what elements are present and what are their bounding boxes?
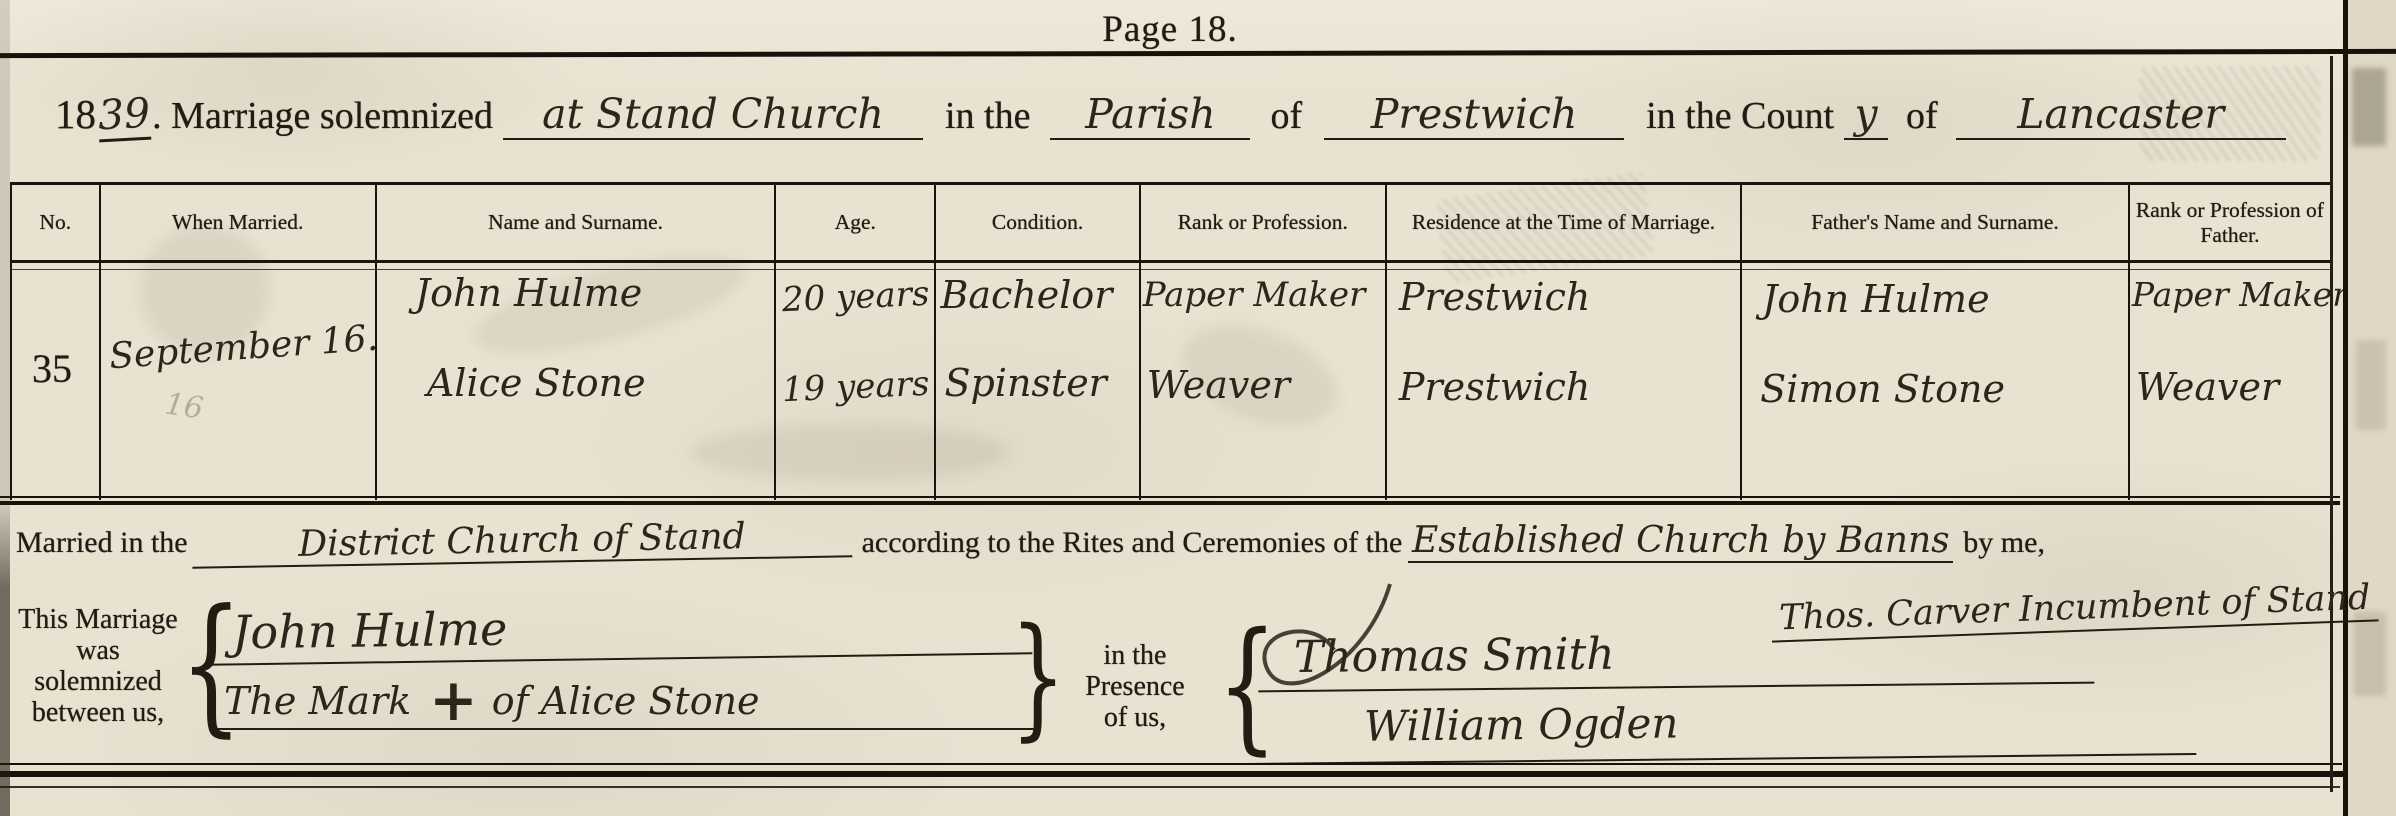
bride-father-entry: Simon Stone (1760, 367, 2005, 411)
bride-age-entry: 19 years (781, 364, 930, 410)
year-handwritten: 39 (97, 89, 152, 143)
cell-when-married: September 16. 16 (101, 263, 377, 500)
bride-signature-mark: The Mark+of Alice Stone (216, 666, 1036, 730)
parish-entry: Parish (1050, 90, 1250, 140)
church-name-entry: at Stand Church (503, 90, 923, 140)
column-header-condition: Condition. (936, 185, 1140, 263)
header-underline (10, 269, 2332, 270)
county-name-entry: Lancaster (1956, 90, 2286, 140)
of-text: of (1270, 94, 1302, 138)
entry-number: 35 (32, 345, 72, 392)
ceremony-statement: Married in the District Church of Stand … (16, 520, 2186, 563)
by-me-text: by me, (1963, 526, 2045, 560)
page-number: Page 18. (0, 8, 2340, 51)
cell-condition: Bachelor Spinster (936, 263, 1140, 500)
mark-cross: + (411, 666, 492, 734)
of-text: of (1906, 94, 1938, 138)
according-text: according to the Rites and Ceremonies of… (862, 526, 1403, 560)
groom-age-entry: 20 years (781, 274, 930, 320)
cell-father-name: John Hulme Simon Stone (1742, 263, 2130, 500)
bride-name-entry: Alice Stone (427, 361, 646, 405)
bride-condition-entry: Spinster (944, 361, 1106, 405)
church-entry: District Church of Stand (191, 514, 852, 569)
groom-name-entry: John Hulme (415, 271, 642, 315)
witness-signature-2: William Ogden (1248, 693, 2197, 765)
married-in-the-text: Married in the (16, 526, 188, 560)
cell-name: John Hulme Alice Stone (377, 263, 776, 500)
table-bottom-rule-thick (0, 501, 2340, 505)
register-heading: 18 39 . Marriage solemnized at Stand Chu… (55, 90, 2326, 141)
column-header-father-rank: Rank or Profession of Father. (2130, 185, 2332, 263)
groom-signature: John Hulme (206, 594, 1033, 666)
page-left-edge (0, 0, 10, 816)
groom-condition-entry: Bachelor (940, 273, 1112, 317)
in-the-county-text: in the Count (1646, 94, 1834, 138)
county-y-entry: y (1844, 90, 1888, 140)
bottom-rule-thick (0, 771, 2346, 777)
column-header-father-name: Father's Name and Surname. (1742, 185, 2130, 263)
register-table: No. When Married. Name and Surname. Age.… (10, 182, 2332, 500)
groom-father-profession-entry: Paper Maker (2132, 275, 2348, 314)
page-right-border-inner (2330, 56, 2333, 792)
cell-father-rank: Paper Maker Weaver (2130, 263, 2332, 500)
year-printed-prefix: 18 (55, 90, 96, 138)
table-bottom-rule-thin (0, 496, 2340, 498)
column-header-rank: Rank or Profession. (1141, 185, 1387, 263)
in-the-text: in the (945, 94, 1030, 138)
parish-name-entry: Prestwich (1324, 90, 1624, 140)
bride-profession-entry: Weaver (1147, 363, 1290, 407)
cell-no: 35 (10, 263, 101, 500)
marriage-register-page: Page 18. 18 39 . Marriage solemnized at … (0, 0, 2396, 816)
solemnized-text: . Marriage solemnized (152, 94, 493, 138)
groom-profession-entry: Paper Maker (1143, 275, 1366, 315)
column-header-age: Age. (776, 185, 936, 263)
rites-entry: Established Church by Banns (1408, 520, 1953, 563)
marriage-solemnized-label: This Marriage was solemnized between us, (10, 604, 186, 728)
bottom-rule-thin (0, 786, 2340, 788)
when-married-entry: September 16. (107, 318, 378, 378)
groom-father-entry: John Hulme (1762, 277, 1989, 321)
pencil-note: 16 (162, 387, 205, 427)
presence-label: in the Presence of us, (1064, 640, 1206, 733)
adjacent-page-sliver (2348, 0, 2396, 816)
column-header-name: Name and Surname. (377, 185, 776, 263)
bride-father-profession-entry: Weaver (2136, 365, 2279, 409)
cell-residence: Prestwich Prestwich (1387, 263, 1742, 500)
brace-close: } (1010, 611, 1066, 743)
column-header-no: No. (10, 185, 101, 263)
groom-residence-entry: Prestwich (1399, 275, 1590, 319)
officiant-signature: Thos. Carver Incumbent of Stand (1770, 577, 2378, 638)
cell-age: 20 years 19 years (776, 263, 936, 500)
bride-residence-entry: Prestwich (1399, 365, 1590, 409)
column-header-when-married: When Married. (101, 185, 377, 263)
page-right-border-outer (2343, 0, 2348, 816)
column-header-residence: Residence at the Time of Marriage. (1387, 185, 1742, 263)
cell-rank: Paper Maker Weaver (1141, 263, 1387, 500)
bottom-rule-thin (0, 763, 2342, 765)
